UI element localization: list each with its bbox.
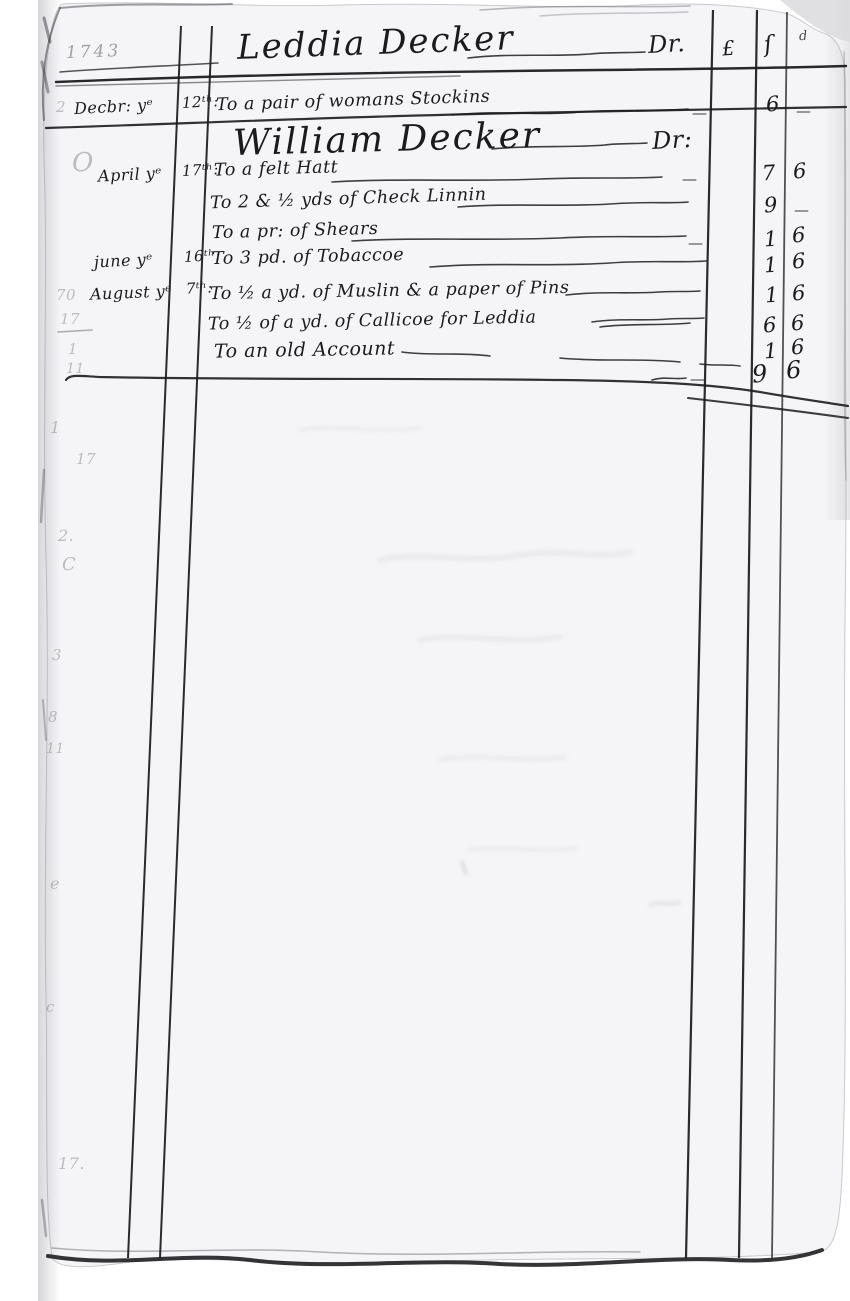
entry-pounds: —: [688, 236, 704, 251]
entry-shillings: 6: [762, 315, 777, 337]
entry-pounds: —: [692, 106, 708, 121]
debit-label-leddia: Dr.: [647, 31, 685, 57]
entry-shillings: 6: [765, 94, 780, 116]
ghost-mark: 17.: [58, 1156, 85, 1172]
ghost-mark: 1: [68, 342, 78, 357]
entry-pence: 6: [791, 283, 806, 305]
entry-shillings: 1: [764, 285, 779, 307]
ghost-mark: 11: [46, 742, 65, 756]
column-header-pounds: £: [721, 38, 736, 59]
ghost-mark: c: [46, 1000, 55, 1015]
entry-day: 12ᵗʰ:: [182, 94, 220, 111]
entry-shillings: 7: [761, 163, 776, 185]
entry-pence: —: [794, 203, 810, 218]
entry-month: August yᵉ: [90, 283, 172, 303]
ledger-page: 1743 Leddia Decker Dr. £ ſ d Decbr: yᵉ 1…: [0, 0, 850, 1301]
ghost-mark: C: [62, 556, 76, 574]
entry-month: june yᵉ: [94, 251, 154, 270]
ghost-mark: 17: [76, 452, 96, 467]
entry-description: To a pr: of Shears: [212, 221, 379, 243]
entry-pence: 6: [791, 251, 806, 273]
entry-pence: 6: [792, 161, 807, 183]
entry-pence: 6: [791, 225, 806, 247]
entry-shillings: 9: [763, 195, 778, 217]
year-notation: 1743: [66, 43, 122, 62]
total-pounds: —: [690, 372, 706, 387]
ghost-mark: 2: [56, 100, 66, 115]
account-name-william: William Decker: [233, 118, 542, 162]
ghost-mark: e: [50, 876, 60, 892]
debit-label-william: Dr:: [651, 127, 693, 153]
entry-shillings: 1: [763, 255, 778, 277]
entry-month: April yᵉ: [98, 165, 163, 184]
ghost-mark: 70: [56, 288, 76, 303]
entry-pence: 6: [790, 313, 805, 335]
entry-description: To an old Account: [214, 339, 395, 361]
account-name-leddia: Leddia Decker: [236, 21, 515, 65]
entry-shillings: 1: [763, 229, 778, 251]
entry-month: Decbr: yᵉ: [74, 97, 154, 117]
ghost-mark: 3: [52, 648, 62, 663]
ghost-mark: 11: [66, 362, 85, 376]
entry-pounds: —: [682, 172, 698, 187]
total-pence: 6: [785, 357, 803, 382]
ghost-mark: 2.: [58, 528, 74, 544]
total-shillings: 9: [751, 361, 769, 386]
column-header-pence: d: [799, 30, 809, 44]
ghost-mark: 1: [50, 420, 61, 436]
ghost-mark: O: [72, 150, 94, 176]
ghost-mark: 8: [48, 710, 58, 725]
entry-pence: —: [796, 104, 812, 119]
entry-description: To 3 pd. of Tobaccoe: [212, 247, 405, 269]
entry-description: To a felt Hatt: [214, 159, 339, 180]
ghost-mark: 17: [60, 312, 80, 327]
